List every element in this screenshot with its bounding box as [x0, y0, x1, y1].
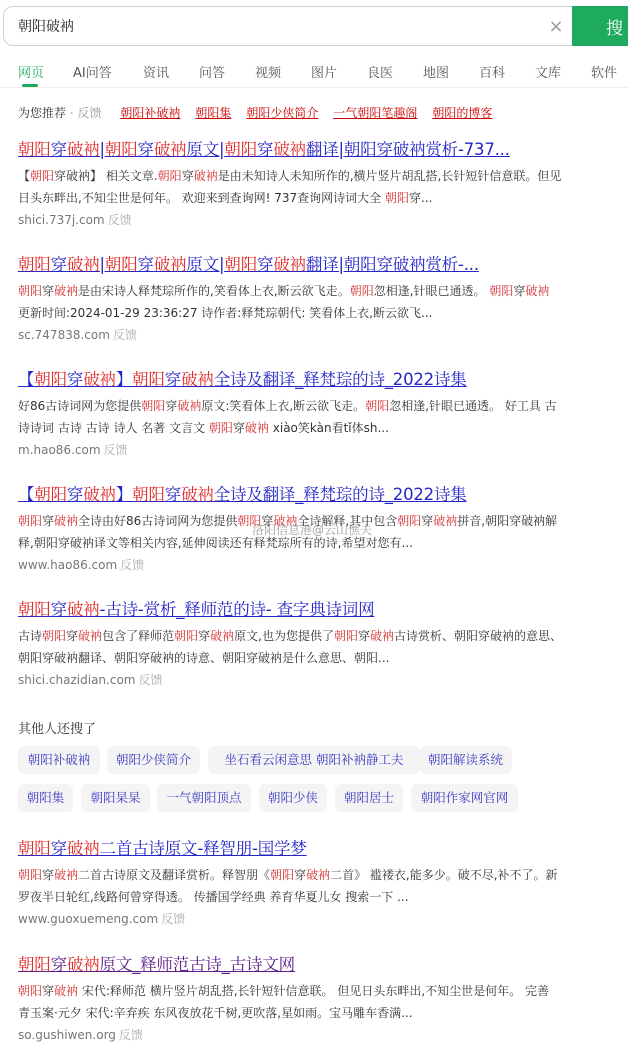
- highlighted-term: 朝阳: [224, 140, 257, 159]
- others-searched-title: 其他人还搜了: [18, 718, 96, 737]
- text-segment: 全诗由好86古诗词网为您提供: [78, 514, 237, 528]
- text-segment: 穿: [138, 140, 154, 159]
- text-segment: -古诗-赏析_释师范的诗- 查字典诗词网: [100, 600, 375, 619]
- search-result: 【朝阳穿破衲】朝阳穿破衲全诗及翻译_释梵琮的诗_2022诗集朝阳穿破衲全诗由好8…: [18, 484, 618, 573]
- text-segment: 原文|: [186, 140, 224, 159]
- related-search-chip[interactable]: 朝阳杲杲: [81, 784, 150, 812]
- result-meta: www.hao86.com反馈: [18, 556, 618, 573]
- result-feedback-link[interactable]: 反馈: [120, 558, 144, 572]
- related-search-chip[interactable]: 朝阳少侠简介: [107, 746, 200, 774]
- text-segment: 穿: [42, 284, 54, 298]
- highlighted-term: 朝阳: [18, 955, 51, 974]
- highlighted-term: 破衲: [181, 485, 214, 504]
- text-segment: 全诗及翻译_释梵琮的诗_2022诗集: [214, 485, 467, 504]
- result-title-link[interactable]: 朝阳穿破衲|朝阳穿破衲原文|朝阳穿破衲翻译|朝阳穿破衲赏析-737...: [18, 139, 510, 161]
- recommend-label: 为您推荐: [18, 106, 66, 120]
- result-feedback-link[interactable]: 反馈: [113, 328, 137, 342]
- highlighted-term: 破衲: [67, 955, 100, 974]
- highlighted-term: 朝阳: [365, 399, 389, 413]
- active-tab-indicator: [22, 84, 38, 87]
- related-search-chip[interactable]: 朝阳集: [18, 784, 73, 812]
- highlighted-term: 破衲: [54, 514, 78, 528]
- text-segment: 】: [116, 485, 132, 504]
- highlighted-term: 朝阳: [174, 629, 198, 643]
- recommend-link[interactable]: 朝阳少侠简介: [246, 106, 318, 120]
- result-title-link[interactable]: 朝阳穿破衲|朝阳穿破衲原文|朝阳穿破衲翻译|朝阳穿破衲赏析-...: [18, 254, 479, 276]
- text-segment: 穿: [165, 485, 181, 504]
- recommend-separator: ·: [66, 106, 77, 120]
- highlighted-term: 朝阳: [141, 399, 165, 413]
- result-title-link[interactable]: 朝阳穿破衲-古诗-赏析_释师范的诗- 查字典诗词网: [18, 599, 374, 621]
- highlighted-term: 朝阳: [18, 514, 42, 528]
- highlighted-term: 朝阳: [158, 169, 182, 183]
- text-segment: 穿: [421, 514, 433, 528]
- text-segment: 二首古诗原文-释智朋-国学梦: [100, 839, 307, 858]
- text-segment: 是由宋诗人释梵琮所作的,笑看体上衣,断云欲飞走。: [78, 284, 350, 298]
- text-segment: 原文,也为您提供了: [234, 629, 334, 643]
- clear-icon[interactable]: ×: [540, 16, 572, 37]
- highlighted-term: 破衲: [177, 399, 201, 413]
- result-meta: shici.chazidian.com反馈: [18, 671, 618, 688]
- highlighted-term: 朝阳: [209, 421, 233, 435]
- tab-7[interactable]: 地图: [423, 62, 449, 81]
- result-feedback-link[interactable]: 反馈: [108, 213, 132, 227]
- tab-5[interactable]: 图片: [311, 62, 337, 81]
- text-segment: 穿: [294, 868, 306, 882]
- result-feedback-link[interactable]: 反馈: [161, 912, 185, 926]
- related-search-chip[interactable]: 坐石看云闲意思 朝阳补衲静工夫: [208, 746, 420, 774]
- highlighted-term: 破衲: [54, 868, 78, 882]
- highlighted-term: 破衲: [54, 984, 78, 998]
- search-result: 朝阳穿破衲二首古诗原文-释智朋-国学梦朝阳穿破衲二首古诗原文及翻译赏析。释智朋《…: [18, 838, 618, 927]
- result-feedback-link[interactable]: 反馈: [138, 673, 162, 687]
- result-title-link[interactable]: 朝阳穿破衲原文_释师范古诗_古诗文网: [18, 954, 295, 976]
- highlighted-term: 朝阳: [30, 169, 54, 183]
- highlighted-term: 朝阳: [397, 514, 421, 528]
- highlighted-term: 破衲: [273, 140, 306, 159]
- tab-4[interactable]: 视频: [255, 62, 281, 81]
- related-search-chip[interactable]: 朝阳少侠: [259, 784, 327, 812]
- result-site-url[interactable]: shici.737j.com: [18, 213, 105, 227]
- text-segment: 穿: [66, 629, 78, 643]
- recommend-row: 为您推荐 · 反馈 朝阳补破衲朝阳集朝阳少侠简介一气朝阳笔趣阁朝阳的博客: [18, 104, 492, 121]
- highlighted-term: 朝阳: [42, 629, 66, 643]
- text-segment: 原文:笑看体上衣,断云欲飞走。: [201, 399, 365, 413]
- related-search-chip[interactable]: 一气朝阳顶点: [157, 784, 251, 812]
- highlighted-term: 朝阳: [385, 191, 409, 205]
- recommend-link[interactable]: 朝阳补破衲: [120, 106, 180, 120]
- result-snippet: 【朝阳穿破衲】 相关文章.朝阳穿破衲是由未知诗人未知所作的,横片竖片胡乱搭,长针…: [18, 166, 563, 209]
- text-segment: 二首古诗原文及翻译赏析。释智朋《: [78, 868, 270, 882]
- highlighted-term: 破衲: [210, 629, 234, 643]
- highlighted-term: 朝阳: [18, 255, 51, 274]
- related-search-chip[interactable]: 朝阳居士: [335, 784, 403, 812]
- tab-2[interactable]: 资讯: [143, 62, 169, 81]
- search-result: 朝阳穿破衲原文_释师范古诗_古诗文网朝阳穿破衲 宋代:释师范 横片竖片胡乱搭,长…: [18, 954, 618, 1043]
- highlighted-term: 朝阳: [224, 255, 257, 274]
- highlighted-term: 朝阳: [18, 284, 42, 298]
- tab-10[interactable]: 软件: [591, 62, 617, 81]
- search-box: ×: [3, 6, 572, 46]
- highlighted-term: 朝阳: [18, 140, 51, 159]
- result-meta: m.hao86.com反馈: [18, 441, 618, 458]
- text-segment: 宋代:释师范 横片竖片胡乱搭,长针短针信意联。 但见日头东畔出,不知尘世是何年。…: [18, 984, 549, 1020]
- result-snippet: 好86古诗词网为您提供朝阳穿破衲原文:笑看体上衣,断云欲飞走。朝阳忽相逢,针眼已…: [18, 396, 563, 439]
- highlighted-term: 朝阳: [105, 255, 138, 274]
- highlighted-term: 破衲: [194, 169, 218, 183]
- text-segment: 翻译|朝阳穿破衲赏析-...: [306, 255, 479, 274]
- highlighted-term: 破衲: [154, 255, 187, 274]
- text-segment: 全诗解释,其中包含: [297, 514, 397, 528]
- result-site-url[interactable]: shici.chazidian.com: [18, 673, 135, 687]
- text-segment: 翻译|朝阳穿破衲赏析-737...: [306, 140, 510, 159]
- recommend-link[interactable]: 朝阳集: [195, 106, 231, 120]
- tab-9[interactable]: 文库: [535, 62, 561, 81]
- text-segment: 穿: [67, 485, 83, 504]
- highlighted-term: 破衲: [83, 485, 116, 504]
- highlighted-term: 破衲: [154, 140, 187, 159]
- highlighted-term: 破衲: [54, 284, 78, 298]
- text-segment: 穿: [51, 839, 67, 858]
- text-segment: 好86古诗词网为您提供: [18, 399, 141, 413]
- search-result: 【朝阳穿破衲】朝阳穿破衲全诗及翻译_释梵琮的诗_2022诗集好86古诗词网为您提…: [18, 369, 618, 458]
- highlighted-term: 朝阳: [18, 839, 51, 858]
- related-search-chip[interactable]: 朝阳解读系统: [419, 746, 512, 774]
- result-meta: sc.747838.com反馈: [18, 326, 618, 343]
- highlighted-term: 破衲: [273, 514, 297, 528]
- highlighted-term: 破衲: [370, 629, 394, 643]
- search-bar: × 搜: [3, 6, 628, 46]
- text-segment: 】: [116, 370, 132, 389]
- highlighted-term: 朝阳: [132, 485, 165, 504]
- tab-1[interactable]: AI问答: [73, 62, 112, 81]
- text-segment: 穿破衲】 相关文章.: [54, 169, 158, 183]
- search-result: 朝阳穿破衲-古诗-赏析_释师范的诗- 查字典诗词网古诗朝阳穿破衲包含了释师范朝阳…: [18, 599, 618, 688]
- text-segment: 穿: [257, 255, 273, 274]
- recommend-feedback-link[interactable]: 反馈: [77, 106, 101, 120]
- tab-0[interactable]: 网页: [18, 62, 44, 81]
- highlighted-term: 破衲: [245, 421, 269, 435]
- highlighted-term: 破衲: [67, 600, 100, 619]
- highlighted-term: 破衲: [273, 255, 306, 274]
- result-site-url[interactable]: www.hao86.com: [18, 558, 117, 572]
- text-segment: 穿: [67, 370, 83, 389]
- text-segment: 穿: [261, 514, 273, 528]
- text-segment: 原文_释师范古诗_古诗文网: [100, 955, 295, 974]
- category-tabs: 网页AI问答资讯问答视频图片良医地图百科文库软件: [0, 58, 628, 88]
- text-segment: 忽相逢,针眼已通透。: [374, 284, 490, 298]
- highlighted-term: 破衲: [83, 370, 116, 389]
- recommend-link[interactable]: 一气朝阳笔趣阁: [333, 106, 417, 120]
- highlighted-term: 朝阳: [34, 370, 67, 389]
- result-snippet: 古诗朝阳穿破衲包含了释师范朝阳穿破衲原文,也为您提供了朝阳穿破衲古诗赏析、朝阳穿…: [18, 626, 563, 669]
- text-segment: 原文|: [186, 255, 224, 274]
- result-title-link[interactable]: 朝阳穿破衲二首古诗原文-释智朋-国学梦: [18, 838, 307, 860]
- result-site-url[interactable]: so.gushiwen.org: [18, 1028, 116, 1042]
- highlighted-term: 破衲: [67, 255, 100, 274]
- tab-6[interactable]: 良医: [367, 62, 393, 81]
- text-segment: 穿: [165, 399, 177, 413]
- text-segment: 全诗及翻译_释梵琮的诗_2022诗集: [214, 370, 467, 389]
- result-snippet: 朝阳穿破衲全诗由好86古诗词网为您提供朝阳穿破衲全诗解释,其中包含朝阳穿破衲拼音…: [18, 511, 563, 554]
- text-segment: 穿: [51, 955, 67, 974]
- text-segment: 包含了释师范: [102, 629, 174, 643]
- result-title-link[interactable]: 【朝阳穿破衲】朝阳穿破衲全诗及翻译_释梵琮的诗_2022诗集: [18, 369, 467, 391]
- tab-3[interactable]: 问答: [199, 62, 225, 81]
- highlighted-term: 破衲: [181, 370, 214, 389]
- result-site-url[interactable]: m.hao86.com: [18, 443, 101, 457]
- related-search-chip[interactable]: 朝阳补破衲: [18, 746, 100, 774]
- highlighted-term: 朝阳: [350, 284, 374, 298]
- highlighted-term: 破衲: [78, 629, 102, 643]
- text-segment: 穿: [42, 868, 54, 882]
- highlighted-term: 朝阳: [237, 514, 261, 528]
- highlighted-term: 朝阳: [18, 984, 42, 998]
- search-input[interactable]: [18, 18, 540, 34]
- text-segment: 【: [18, 169, 30, 183]
- recommend-link[interactable]: 朝阳的博客: [432, 106, 492, 120]
- highlighted-term: 朝阳: [334, 629, 358, 643]
- related-search-chip[interactable]: 朝阳作家网官网: [411, 784, 518, 812]
- highlighted-term: 破衲: [306, 868, 330, 882]
- result-snippet: 朝阳穿破衲是由宋诗人释梵琮所作的,笑看体上衣,断云欲飞走。朝阳忽相逢,针眼已通透…: [18, 281, 563, 324]
- text-segment: 穿: [182, 169, 194, 183]
- result-site-url[interactable]: sc.747838.com: [18, 328, 110, 342]
- text-segment: 穿...: [409, 191, 432, 205]
- text-segment: 穿: [51, 140, 67, 159]
- result-meta: so.gushiwen.org反馈: [18, 1026, 618, 1043]
- highlighted-term: 朝阳: [18, 600, 51, 619]
- text-segment: 穿: [51, 600, 67, 619]
- text-segment: 【: [18, 370, 34, 389]
- text-segment: 穿: [165, 370, 181, 389]
- result-meta: www.guoxuemeng.com反馈: [18, 910, 618, 927]
- result-snippet: 朝阳穿破衲 宋代:释师范 横片竖片胡乱搭,长针短针信意联。 但见日头东畔出,不知…: [18, 981, 563, 1024]
- search-result: 朝阳穿破衲|朝阳穿破衲原文|朝阳穿破衲翻译|朝阳穿破衲赏析-...朝阳穿破衲是由…: [18, 254, 618, 343]
- highlighted-term: 朝阳: [132, 370, 165, 389]
- highlighted-term: 破衲: [67, 140, 100, 159]
- text-segment: 古诗: [18, 629, 42, 643]
- highlighted-term: 破衲: [525, 284, 549, 298]
- highlighted-term: 朝阳: [34, 485, 67, 504]
- text-segment: 穿: [42, 514, 54, 528]
- tab-8[interactable]: 百科: [479, 62, 505, 81]
- result-title-link[interactable]: 【朝阳穿破衲】朝阳穿破衲全诗及翻译_释梵琮的诗_2022诗集: [18, 484, 467, 506]
- text-segment: 穿: [358, 629, 370, 643]
- result-feedback-link[interactable]: 反馈: [104, 443, 128, 457]
- search-button[interactable]: 搜: [572, 6, 628, 46]
- highlighted-term: 朝阳: [18, 868, 42, 882]
- text-segment: 穿: [42, 984, 54, 998]
- text-segment: 穿: [513, 284, 525, 298]
- text-segment: 穿: [198, 629, 210, 643]
- highlighted-term: 朝阳: [489, 284, 513, 298]
- text-segment: 更新时间:2024-01-29 23:36:27 诗作者:释梵琮朝代: 笑看体上…: [18, 306, 432, 320]
- search-result: 朝阳穿破衲|朝阳穿破衲原文|朝阳穿破衲翻译|朝阳穿破衲赏析-737...【朝阳穿…: [18, 139, 618, 228]
- result-meta: shici.737j.com反馈: [18, 211, 618, 228]
- result-feedback-link[interactable]: 反馈: [119, 1028, 143, 1042]
- highlighted-term: 破衲: [433, 514, 457, 528]
- text-segment: xiào笑kàn看tǐ体sh...: [269, 421, 389, 435]
- text-segment: 【: [18, 485, 34, 504]
- text-segment: 穿: [257, 140, 273, 159]
- text-segment: 穿: [233, 421, 245, 435]
- result-site-url[interactable]: www.guoxuemeng.com: [18, 912, 158, 926]
- text-segment: 穿: [138, 255, 154, 274]
- highlighted-term: 破衲: [67, 839, 100, 858]
- highlighted-term: 朝阳: [270, 868, 294, 882]
- text-segment: 穿: [51, 255, 67, 274]
- highlighted-term: 朝阳: [105, 140, 138, 159]
- result-snippet: 朝阳穿破衲二首古诗原文及翻译赏析。释智朋《朝阳穿破衲二首》 褴褛衣,能多少。破不…: [18, 865, 563, 908]
